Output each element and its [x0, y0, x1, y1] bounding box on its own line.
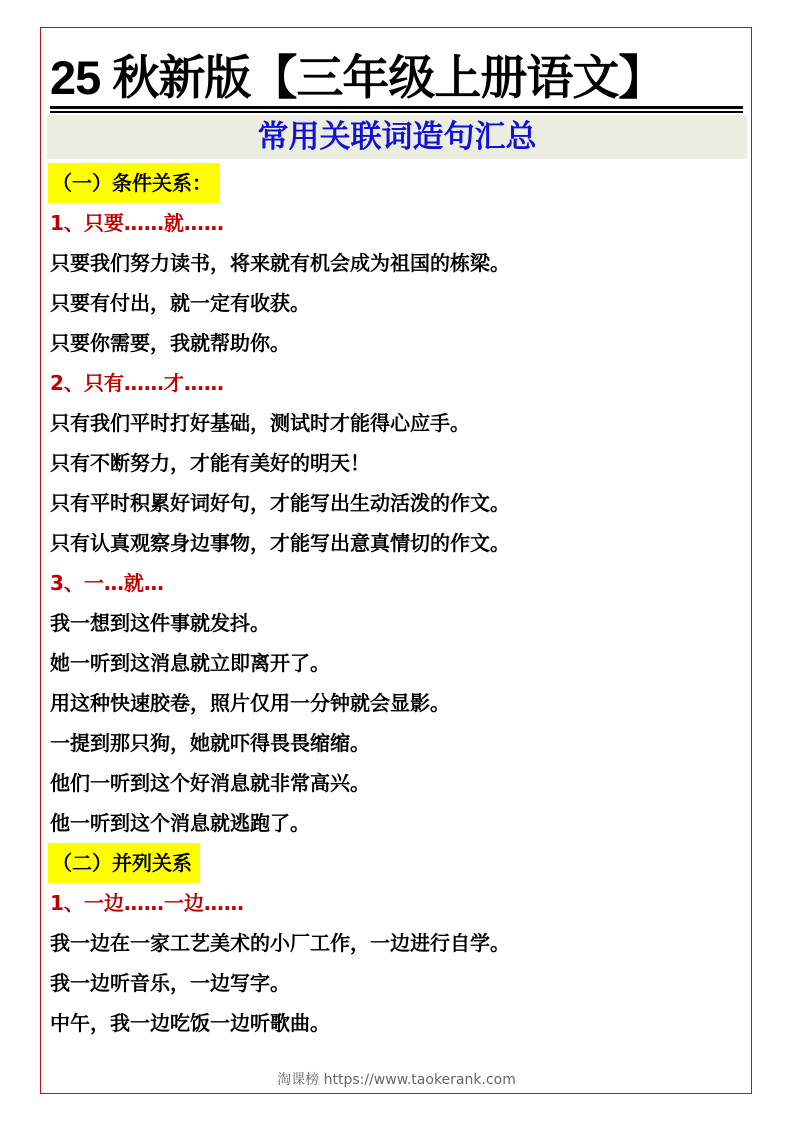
document-subtitle: 常用关联词造句汇总: [47, 115, 747, 159]
example-sentence: 我一边听音乐，一边写字。: [48, 963, 748, 1003]
group-heading: 2、只有……才……: [48, 363, 748, 403]
section-conditional: （一）条件关系： 1、只要……就…… 只要我们努力读书，将来就有机会成为祖国的栋…: [48, 163, 748, 843]
example-sentence: 中午，我一边吃饭一边听歌曲。: [48, 1003, 748, 1043]
section-label: （二）并列关系: [48, 843, 200, 883]
title-underline-thin: [50, 111, 743, 113]
footer-watermark: 淘课榜 https://www.taokerank.com: [0, 1070, 793, 1090]
example-sentence: 她一听到这消息就立即离开了。: [48, 643, 748, 683]
example-sentence: 只要有付出，就一定有收获。: [48, 283, 748, 323]
group-heading: 1、只要……就……: [48, 203, 748, 243]
example-sentence: 他一听到这个消息就逃跑了。: [48, 803, 748, 843]
example-sentence: 他们一听到这个好消息就非常高兴。: [48, 763, 748, 803]
example-sentence: 只有平时积累好词好句，才能写出生动活泼的作文。: [48, 483, 748, 523]
subtitle-band: 常用关联词造句汇总: [47, 115, 747, 159]
example-sentence: 只有认真观察身边事物，才能写出意真情切的作文。: [48, 523, 748, 563]
example-sentence: 用这种快速胶卷，照片仅用一分钟就会显影。: [48, 683, 748, 723]
document-content: （一）条件关系： 1、只要……就…… 只要我们努力读书，将来就有机会成为祖国的栋…: [48, 163, 748, 1043]
group-heading: 3、一…就…: [48, 563, 748, 603]
title-underline-thick: [50, 106, 743, 109]
example-sentence: 只有不断努力，才能有美好的明天！: [48, 443, 748, 483]
example-sentence: 一提到那只狗，她就吓得畏畏缩缩。: [48, 723, 748, 763]
section-parallel: （二）并列关系 1、一边……一边…… 我一边在一家工艺美术的小厂工作，一边进行自…: [48, 843, 748, 1043]
document-title: 25 秋新版【三年级上册语文】: [50, 50, 750, 106]
example-sentence: 我一边在一家工艺美术的小厂工作，一边进行自学。: [48, 923, 748, 963]
section-label: （一）条件关系：: [48, 163, 220, 203]
example-sentence: 只有我们平时打好基础，测试时才能得心应手。: [48, 403, 748, 443]
example-sentence: 只要我们努力读书，将来就有机会成为祖国的栋梁。: [48, 243, 748, 283]
group-yibian-yibian: 1、一边……一边…… 我一边在一家工艺美术的小厂工作，一边进行自学。 我一边听音…: [48, 883, 748, 1043]
example-sentence: 只要你需要，我就帮助你。: [48, 323, 748, 363]
group-heading: 1、一边……一边……: [48, 883, 748, 923]
group-zhiyao-jiu: 1、只要……就…… 只要我们努力读书，将来就有机会成为祖国的栋梁。 只要有付出，…: [48, 203, 748, 363]
group-zhiyou-cai: 2、只有……才…… 只有我们平时打好基础，测试时才能得心应手。 只有不断努力，才…: [48, 363, 748, 563]
group-yi-jiu: 3、一…就… 我一想到这件事就发抖。 她一听到这消息就立即离开了。 用这种快速胶…: [48, 563, 748, 843]
example-sentence: 我一想到这件事就发抖。: [48, 603, 748, 643]
